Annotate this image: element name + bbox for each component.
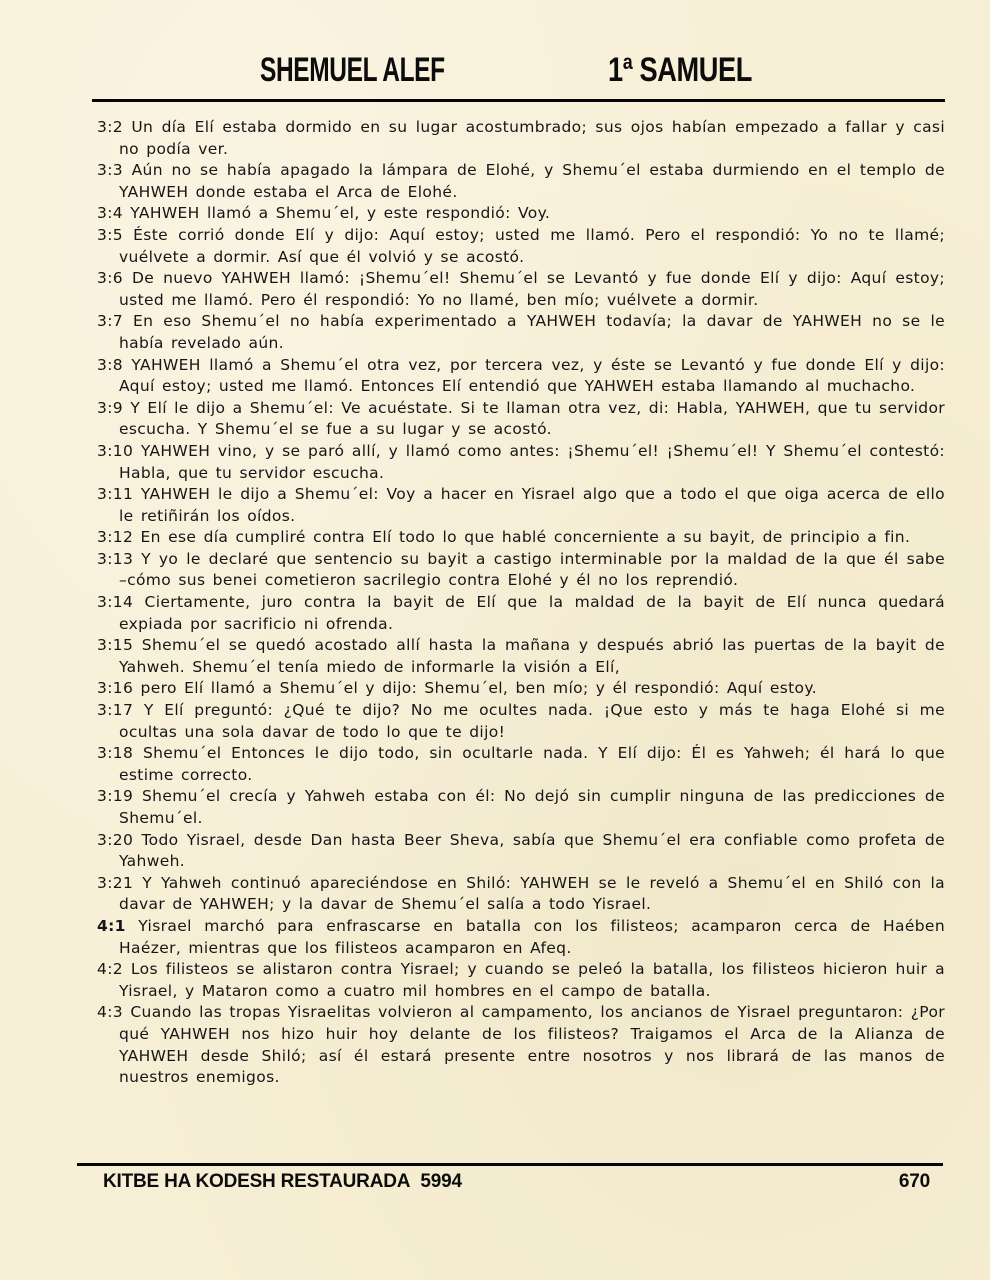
verse: 4:2 Los filisteos se alistaron contra Yi… <box>97 959 945 1002</box>
verse: 4:3 Cuando las tropas Yisraelitas volvie… <box>97 1002 945 1088</box>
page-footer: KITBE HA KODESH RESTAURADA 5994 670 <box>103 1171 930 1193</box>
verse-text: YAHWEH llamó a Shemu´el, y este respondi… <box>130 204 550 222</box>
verse: 3:13 Y yo le declaré que sentencio su ba… <box>97 549 945 592</box>
verse-number: 3:19 <box>97 787 133 805</box>
page-title-spanish: 1ª SAMUEL <box>608 53 752 87</box>
verse-number: 3:12 <box>97 528 133 546</box>
verse: 3:21 Y Yahweh continuó apareciéndose en … <box>97 873 945 916</box>
verse-text: De nuevo YAHWEH llamó: ¡Shemu´el! Shemu´… <box>119 269 945 309</box>
verse-number: 4:1 <box>97 917 126 935</box>
verse-text: En ese día cumpliré contra Elí todo lo q… <box>141 528 911 546</box>
verse-number: 3:20 <box>97 831 133 849</box>
verse-number: 3:14 <box>97 593 133 611</box>
verse-number: 3:8 <box>97 356 123 374</box>
verse: 3:11 YAHWEH le dijo a Shemu´el: Voy a ha… <box>97 484 945 527</box>
verse: 3:6 De nuevo YAHWEH llamó: ¡Shemu´el! Sh… <box>97 268 945 311</box>
verse-number: 3:11 <box>97 485 133 503</box>
verse: 3:14 Ciertamente, juro contra la bayit d… <box>97 592 945 635</box>
verse-text: En eso Shemu´el no había experimentado a… <box>119 312 945 352</box>
header-divider <box>92 99 945 102</box>
verse-number: 3:15 <box>97 636 133 654</box>
verse-number: 3:4 <box>97 204 123 222</box>
verse-text: Cuando las tropas Yisraelitas volvieron … <box>119 1003 945 1086</box>
footer-page-number: 670 <box>899 1171 930 1193</box>
verse-text: Ciertamente, juro contra la bayit de Elí… <box>119 593 945 633</box>
verse: 3:10 YAHWEH vino, y se paró allí, y llam… <box>97 441 945 484</box>
verse-number: 3:17 <box>97 701 133 719</box>
verse-text: Y Yahweh continuó apareciéndose en Shiló… <box>119 874 945 914</box>
verse-number: 3:2 <box>97 118 123 136</box>
verse-text: YAHWEH le dijo a Shemu´el: Voy a hacer e… <box>119 485 945 525</box>
verse-text: Y Elí preguntó: ¿Qué te dijo? No me ocul… <box>119 701 945 741</box>
verse-number: 3:13 <box>97 550 133 568</box>
verse-text: Shemu´el se quedó acostado allí hasta la… <box>119 636 945 676</box>
scripture-page: SHEMUEL ALEF 1ª SAMUEL 3:2 Un día Elí es… <box>0 0 990 1280</box>
verse: 3:3 Aún no se había apagado la lámpara d… <box>97 160 945 203</box>
verse-number: 3:9 <box>97 399 123 417</box>
verse-number: 3:7 <box>97 312 123 330</box>
verse-number: 3:21 <box>97 874 133 892</box>
verse: 3:17 Y Elí preguntó: ¿Qué te dijo? No me… <box>97 700 945 743</box>
verse-text: Yisrael marchó para enfrascarse en batal… <box>119 917 945 957</box>
verse: 3:20 Todo Yisrael, desde Dan hasta Beer … <box>97 830 945 873</box>
verse: 3:19 Shemu´el crecía y Yahweh estaba con… <box>97 786 945 829</box>
verse-number: 3:18 <box>97 744 133 762</box>
verse-text: Shemu´el Entonces le dijo todo, sin ocul… <box>119 744 945 784</box>
verse-text: YAHWEH llamó a Shemu´el otra vez, por te… <box>119 356 945 396</box>
footer-divider <box>77 1163 943 1166</box>
verse-number: 4:2 <box>97 960 123 978</box>
verse-text: pero Elí llamó a Shemu´el y dijo: Shemu´… <box>141 679 817 697</box>
verse: 3:9 Y Elí le dijo a Shemu´el: Ve acuésta… <box>97 398 945 441</box>
verse-number: 3:16 <box>97 679 133 697</box>
verse-number: 3:10 <box>97 442 133 460</box>
verse-number: 4:3 <box>97 1003 123 1021</box>
verse: 4:1 Yisrael marchó para enfrascarse en b… <box>97 916 945 959</box>
verse: 3:4 YAHWEH llamó a Shemu´el, y este resp… <box>97 203 945 225</box>
verse-text: Todo Yisrael, desde Dan hasta Beer Sheva… <box>119 831 945 871</box>
page-title-transliterated: SHEMUEL ALEF <box>260 53 445 87</box>
verse-number: 3:3 <box>97 161 123 179</box>
verse-text: Y yo le declaré que sentencio su bayit a… <box>119 550 945 590</box>
verse: 3:8 YAHWEH llamó a Shemu´el otra vez, po… <box>97 355 945 398</box>
verse: 3:12 En ese día cumpliré contra Elí todo… <box>97 527 945 549</box>
verse: 3:15 Shemu´el se quedó acostado allí has… <box>97 635 945 678</box>
verse-text: Aún no se había apagado la lámpara de El… <box>119 161 945 201</box>
verse: 3:18 Shemu´el Entonces le dijo todo, sin… <box>97 743 945 786</box>
scripture-text: 3:2 Un día Elí estaba dormido en su luga… <box>97 117 945 1089</box>
footer-edition-title: KITBE HA KODESH RESTAURADA 5994 <box>103 1171 462 1193</box>
verse-text: Shemu´el crecía y Yahweh estaba con él: … <box>119 787 945 827</box>
verse: 3:5 Éste corrió donde Elí y dijo: Aquí e… <box>97 225 945 268</box>
verse-text: Y Elí le dijo a Shemu´el: Ve acuéstate. … <box>119 399 945 439</box>
verse: 3:7 En eso Shemu´el no había experimenta… <box>97 311 945 354</box>
verse-text: Los filisteos se alistaron contra Yisrae… <box>119 960 945 1000</box>
verse-number: 3:6 <box>97 269 123 287</box>
verse-text: YAHWEH vino, y se paró allí, y llamó com… <box>119 442 945 482</box>
verse: 3:16 pero Elí llamó a Shemu´el y dijo: S… <box>97 678 945 700</box>
verse: 3:2 Un día Elí estaba dormido en su luga… <box>97 117 945 160</box>
verse-text: Éste corrió donde Elí y dijo: Aquí estoy… <box>119 226 945 266</box>
verse-text: Un día Elí estaba dormido en su lugar ac… <box>119 118 945 158</box>
verse-number: 3:5 <box>97 226 123 244</box>
